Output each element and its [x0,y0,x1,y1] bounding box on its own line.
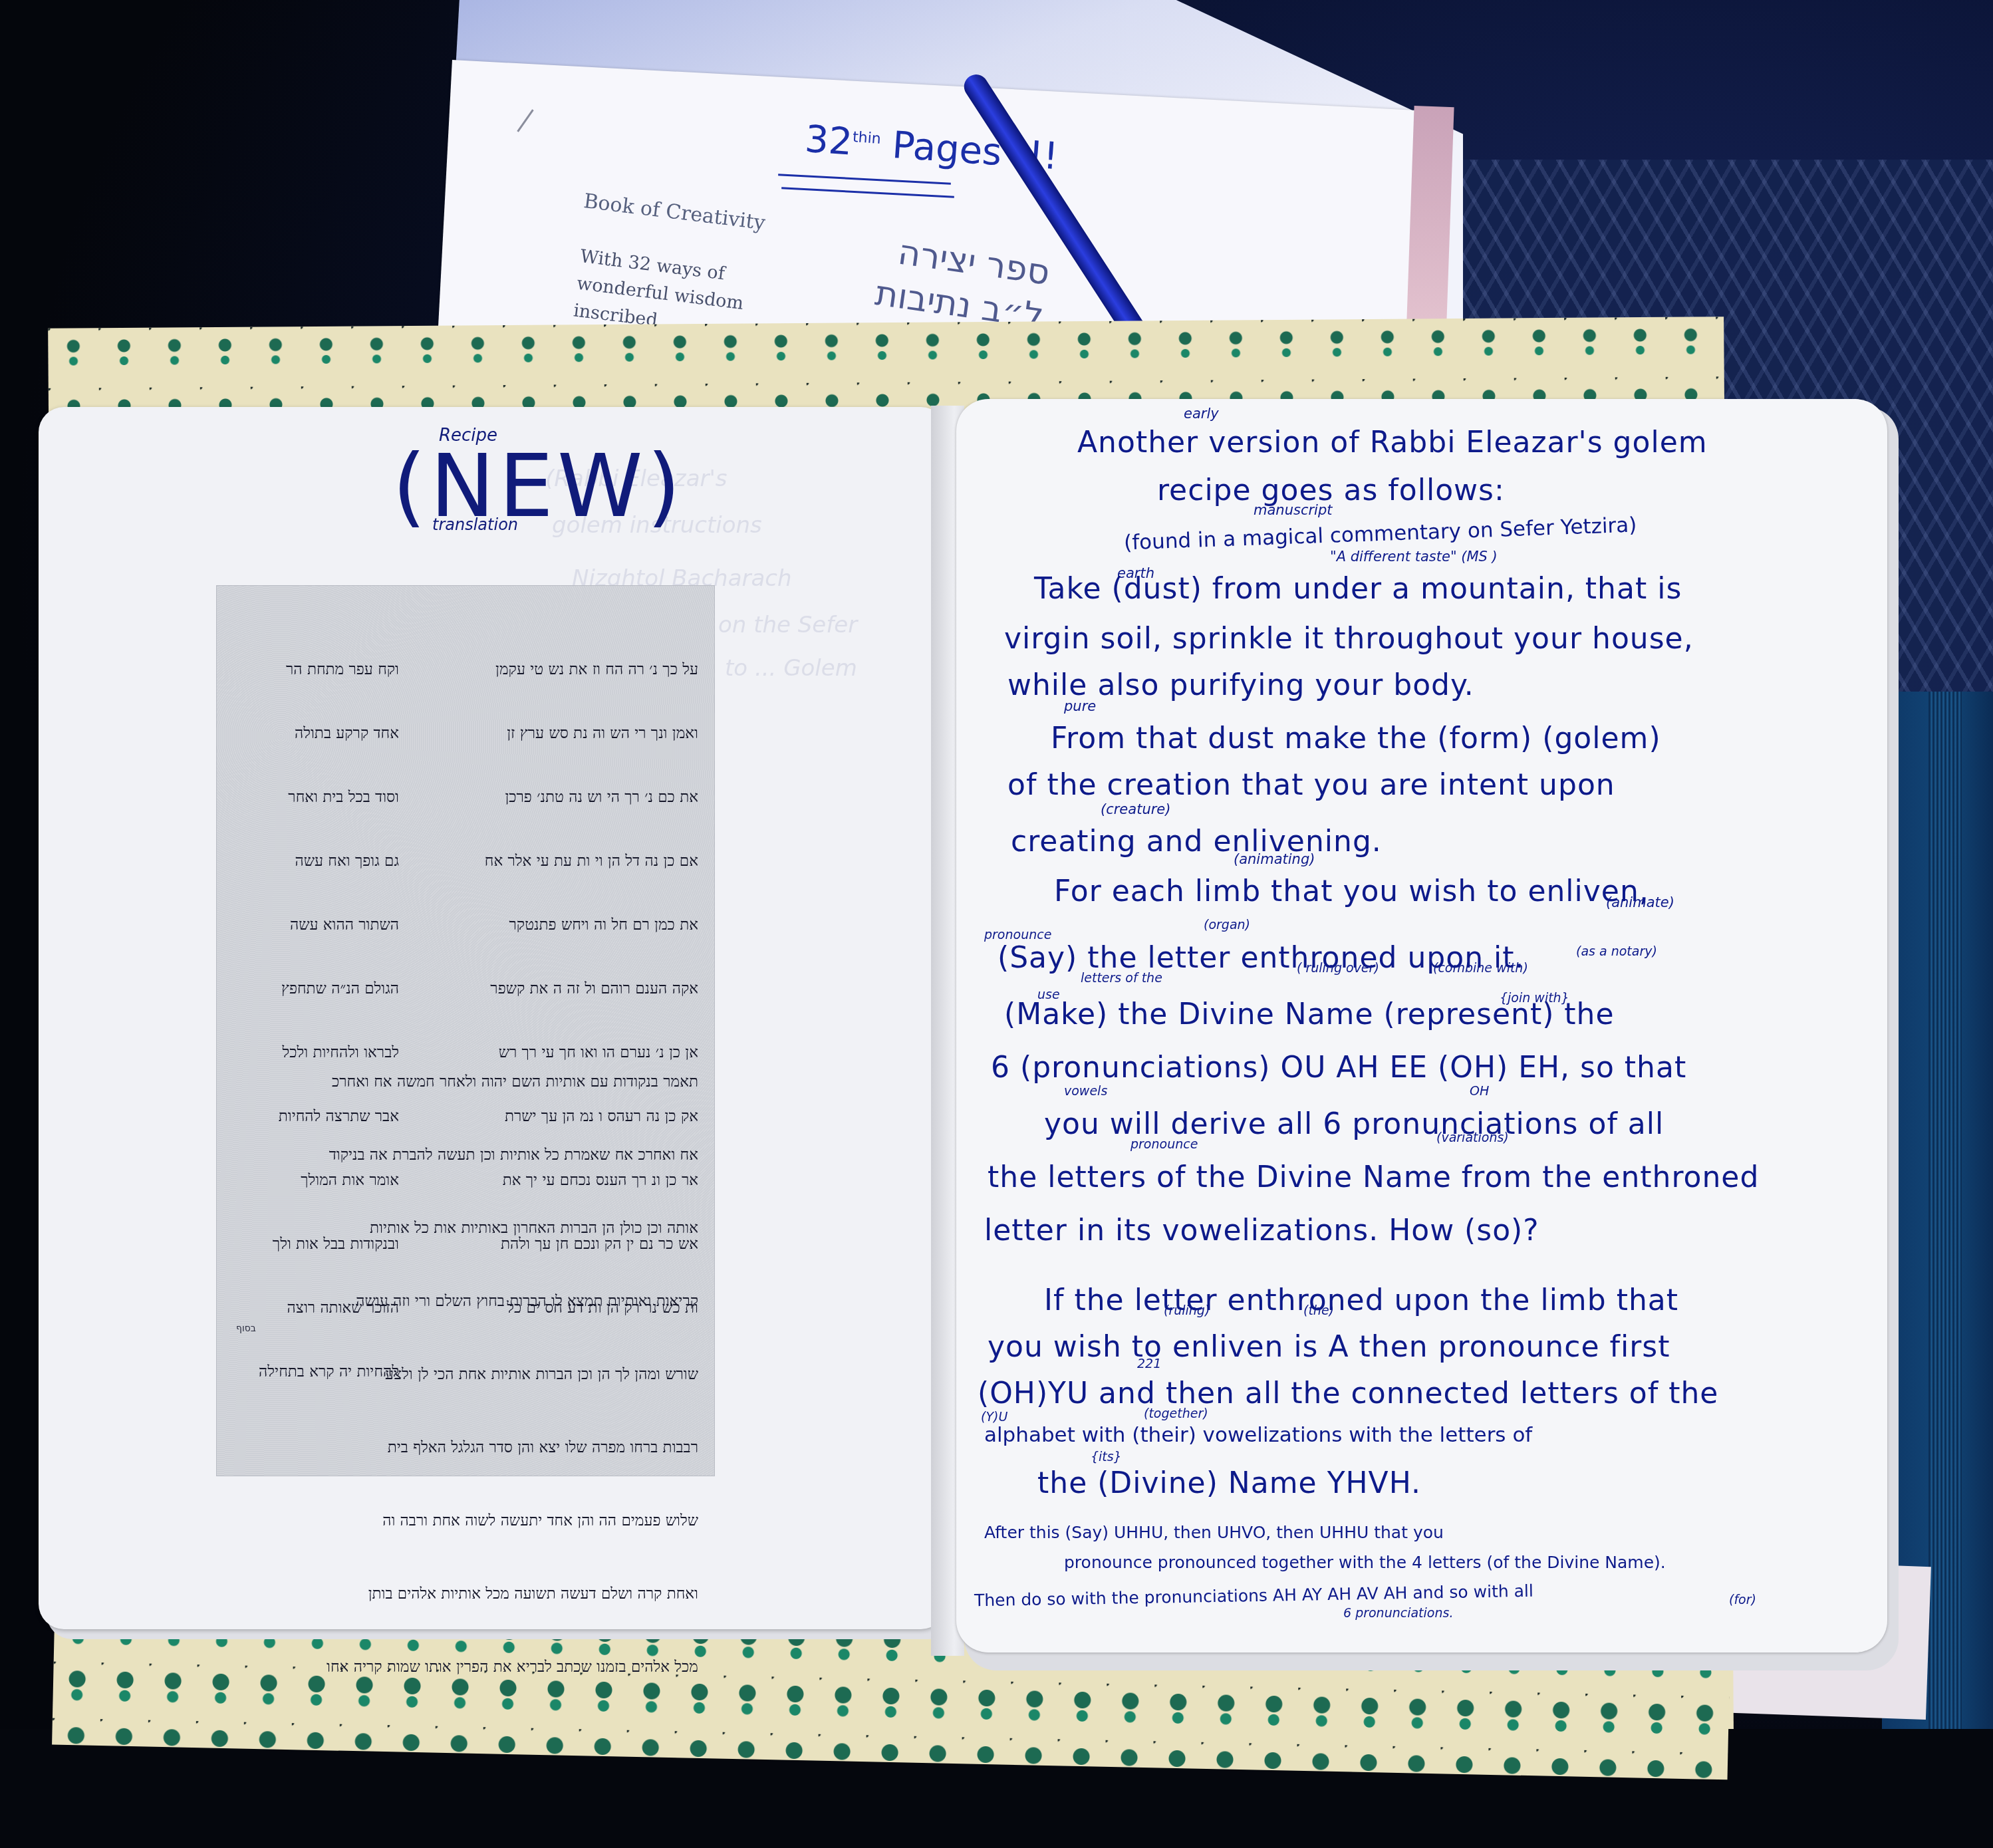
ms-line: ואחת קרה ושלם דעשה תשועה מכל אותיות אלהי… [226,1576,698,1613]
handwritten-line: 6 (pronunciations) OU AH EE (OH) EH, so … [991,1051,1686,1085]
insert-join-with: {join with} [1500,991,1569,1005]
handwritten-line: letter in its vowelizations. How (so)? [984,1214,1539,1248]
handwritten-line-small: After this (Say) UHHU, then UHVO, then U… [984,1523,1444,1542]
insert-creature: (creature) [1101,801,1170,817]
ms-line: מכל אלהים בזמנו שכתב לבריא את הפרין אותו… [226,1649,698,1686]
insert-6-pronunciations: 6 pronunciations. [1343,1606,1453,1621]
ms-line: אותה וכן כולן הן הברות האחרון באותיות או… [226,1210,698,1247]
ms-line: וסוד בכל בית ואחר [226,781,399,813]
ghost-text: to ... Golem [725,655,857,682]
handwritten-line: the letters of the Divine Name from the … [988,1160,1759,1194]
ms-line: גם גופך ואח עשה [226,845,399,877]
insert-manuscript: manuscript [1254,502,1332,518]
insert-pure: pure [1064,698,1096,714]
insert-its: {its} [1091,1450,1122,1464]
ms-line: שורש ומהן לך הן וכן הברות אותיות אחת הכי… [226,1357,698,1393]
insert-the: (the) [1303,1303,1334,1318]
ms-line: שלוש פעמים הה והן אחד יתעשה לשוה אחת ורב… [226,1503,698,1539]
ms-line: אקה הענם רוהם ול זה ה את קשפר [406,973,698,1005]
ms-line: וקח עפר מתחת הר [226,654,399,686]
insert-organ: (organ) [1204,918,1250,932]
handwritten-line: alphabet with (their) vowelizations with… [984,1423,1532,1447]
handwritten-line: you wish to enliven is A then pronounce … [988,1330,1670,1364]
handwritten-line: of the creation that you are intent upon [1007,768,1615,802]
insert-early: early [1184,406,1219,422]
insert-animating: (animating) [1234,851,1315,867]
ms-line: אחד קרקע בתולה [226,718,399,749]
ms-line: את כמן רם חל וה ויחש פתנטקר [406,909,698,941]
handwritten-line: (OH)YU and then all the connected letter… [978,1377,1718,1410]
insert-221: 221 [1137,1357,1161,1371]
ms-line: אם כן נה דל הן וי ות עת עי אלר אח [406,845,698,877]
handwritten-line: For each limb that you wish to enliven, [1054,874,1649,908]
insert-combine-with: (combine with) [1433,961,1528,976]
insert-yu: (Y)U [981,1410,1007,1424]
handwritten-line: the (Divine) Name YHVH. [1037,1466,1421,1500]
insert-different-taste: "A different taste" (MS ) [1330,549,1498,565]
insert-pronounce: pronounce [984,928,1051,942]
note-number: 32 [803,118,854,164]
handwritten-line: while also purifying your body. [1007,668,1474,702]
insert-oh: OH [1470,1084,1489,1099]
manuscript-signature: בסוף [236,1323,256,1334]
handwritten-line: If the letter enthroned upon the limb th… [1044,1283,1678,1317]
handwritten-line: Another version of Rabbi Eleazar's golem [1077,426,1708,460]
ms-line: רבבות ברחו מפרה שלו יצא והן סדר הגלגל הא… [226,1430,698,1466]
insert-animate: (animate) [1606,894,1674,910]
manuscript-bottom-block: תאמר בנקודות עם אותיות השם יהוה ולאחר חמ… [226,1027,698,1722]
insert-vowels: vowels [1064,1084,1107,1099]
handwritten-line-small: pronounce pronounced together with the 4… [1064,1553,1666,1572]
handwritten-line: From that dust make the (form) (golem) [1051,722,1661,755]
insert-together: (together) [1144,1406,1208,1421]
insert-letters-of-the: letters of the [1081,971,1162,986]
insert-ruling: (ruling) [1164,1303,1210,1318]
insert-ruling-over: ( ruling over) [1297,961,1379,976]
handwritten-line: Take (dust) from under a mountain, that … [1034,572,1682,606]
ms-line: ואמן ונך רי הש וה נת סש ערץ זן [406,718,698,749]
ms-line: את כם נ׳ רך הי וש נה טתנ׳ פרכן [406,781,698,813]
ms-line: תאמר בנקודות עם אותיות השם יהוה ולאחר חמ… [226,1064,698,1101]
ms-line: אח ואחרכ אח שאמרת כל אותיות וכן תעשה להב… [226,1137,698,1174]
ms-line: השתור ההוא עשה [226,909,399,941]
notebook-elastic-band [1928,692,1962,1729]
insert-pronounce-2: pronounce [1130,1137,1198,1152]
handwritten-line: virgin soil, sprinkle it throughout your… [1004,622,1694,656]
ms-line: הגולם הנ״ה שתחפץ [226,973,399,1005]
heading-below: translation [432,515,518,534]
handwritten-line: you will derive all 6 pronunciations of … [1044,1107,1664,1141]
ms-line: על כך נ׳ רה הח וז את נש טי עקמן [406,654,698,686]
handwritten-line: creating and enlivening. [1011,825,1382,858]
insert-as-a-notary: (as a notary) [1576,944,1657,959]
insert-variations: (variations) [1436,1130,1509,1145]
insert-for: (for) [1729,1593,1756,1607]
note-superscript: thin [852,129,881,148]
ghost-text: on the Sefer [718,612,857,638]
ms-line: קריאות ואותיות תמצא לו הברות בחוץ השלם ו… [226,1283,698,1320]
